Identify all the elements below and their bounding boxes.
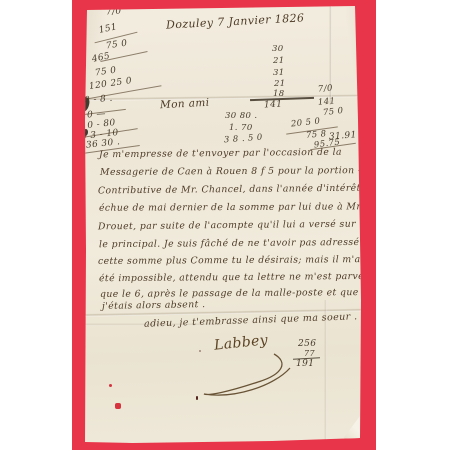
letter-photo: Dozuley 7 Janvier 1826 7/0 151 75 0 465 … — [72, 0, 376, 450]
mid-calc: 1. 70 — [229, 124, 253, 133]
ink-speck — [196, 396, 198, 400]
paper-hole — [109, 384, 112, 387]
body-line: été impossible, attendu que ta lettre ne… — [99, 272, 383, 284]
body-line: Je m'empresse de t'envoyer par l'occasio… — [99, 148, 342, 160]
mid-calc: 3 8 . 5 0 — [224, 134, 263, 145]
tally-total: 191 — [296, 360, 314, 369]
body-line: cette somme plus Comme tu le désirais; m… — [98, 255, 374, 266]
paper-hole — [115, 403, 121, 409]
body-line: Drouet, par suite de l'acompte qu'il lui… — [98, 220, 356, 232]
sum-entry: 30 — [272, 45, 284, 54]
body-line: Messagerie de Caen à Rouen 8 f 5 pour la… — [100, 166, 368, 177]
sum-right: 141 — [318, 97, 336, 107]
sum-right: 7/0 — [318, 84, 334, 94]
margin-calc: 151 — [98, 23, 118, 36]
right-calc: 20 5 0 — [291, 117, 321, 129]
right-calc: 75 0 — [323, 107, 344, 118]
sum-entry: 31 — [273, 69, 285, 78]
mid-calc: 30 80 . — [225, 112, 258, 121]
body-line: Contributive de Mr. Chancel, dans l'anné… — [98, 184, 374, 196]
body-line: échue de mai dernier de la somme par lui… — [99, 202, 377, 213]
tally-entry: 256 — [298, 340, 316, 349]
signature: Labbey — [213, 333, 268, 353]
sum-total: 141 — [264, 101, 283, 111]
margin-calc: 75 0 — [94, 67, 117, 79]
ink-blot — [78, 116, 84, 126]
margin-calc: 120 25 0 — [89, 77, 133, 92]
signature-flourish — [202, 352, 294, 404]
date-line: Dozuley 7 Janvier 1826 — [166, 12, 305, 30]
screenshot-root: Dozuley 7 Janvier 1826 7/0 151 75 0 465 … — [0, 0, 450, 450]
margin-calc: 7/0 — [106, 7, 122, 17]
sum-entry: 21 — [274, 80, 286, 89]
sum-entry: 21 — [273, 57, 285, 66]
salutation: Mon ami — [160, 98, 210, 111]
body-line: le principal. Je suis fâché de ne t'avoi… — [99, 238, 373, 250]
right-calc: 31.91 . — [329, 131, 364, 142]
letter-paper: Dozuley 7 Janvier 1826 7/0 151 75 0 465 … — [72, 0, 376, 450]
body-line: j'étais alors absent . — [102, 300, 206, 311]
body-line: que le 6, après le passage de la malle-p… — [100, 288, 359, 299]
margin-calc: 75 0 — [105, 40, 128, 52]
ink-speck — [199, 350, 201, 352]
paper-dogear — [342, 416, 360, 440]
